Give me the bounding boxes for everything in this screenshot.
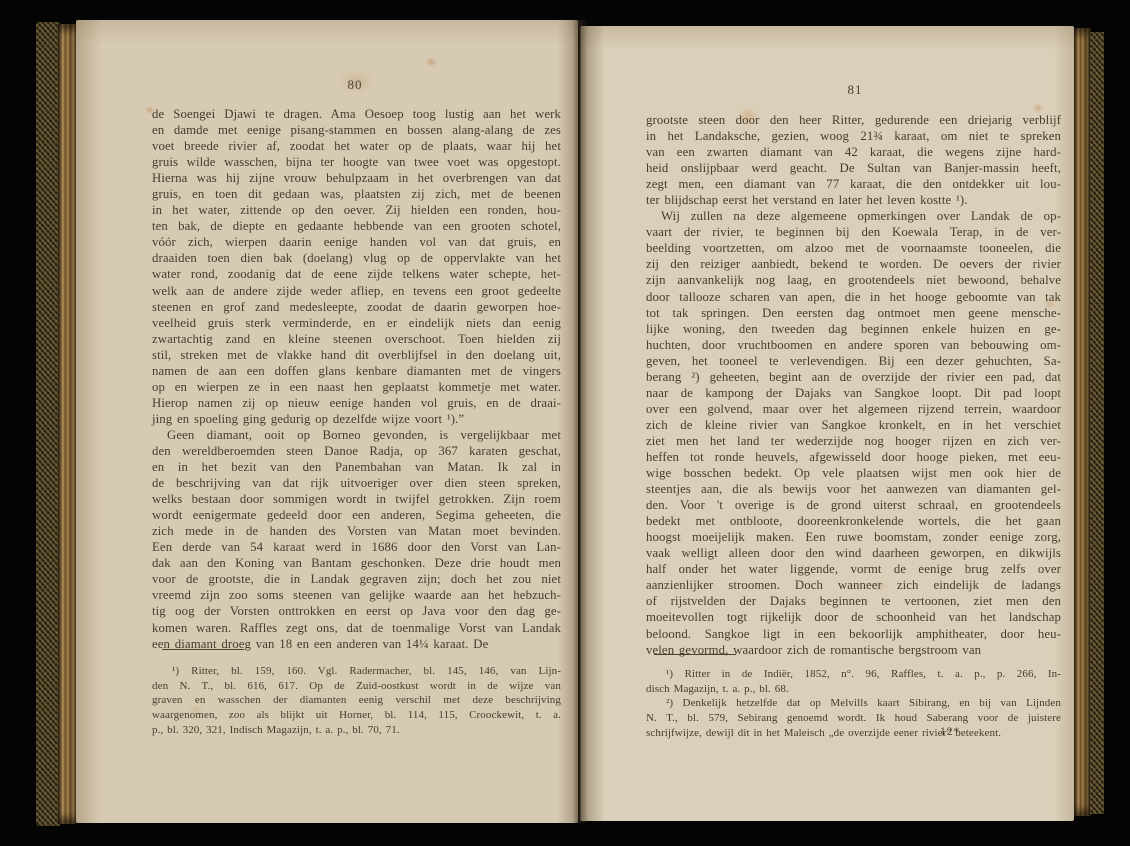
text-line: vóór zich, wierpen daarin eenige handen … xyxy=(152,234,561,250)
text-line: den N. T., bl. 616, 617. Op de Zuid-oost… xyxy=(152,679,561,694)
text-line: water rond, zoodanig dat de eene zijde t… xyxy=(152,266,561,282)
text-line: of rijstvelden der Dajaks beginnen te ve… xyxy=(646,593,1061,609)
text-line: komen waren. Raffles zegt ons, dat de to… xyxy=(152,620,561,636)
text-line: vreemd zijn zoo soms steenen van gelijke… xyxy=(152,587,561,603)
text-line: zij den reiziger aanbiedt, bekend te wor… xyxy=(646,256,1061,272)
page-80: 80 de Soengei Djawi te dragen. Ama Oesoe… xyxy=(76,20,578,823)
text-line: geven, het tooneel te verlevendigen. Bij… xyxy=(646,353,1061,369)
text-line: moeitevollen togt rijkelijk door de scho… xyxy=(646,609,1061,625)
text-line: draaiden toen dien bak (doelang) vlug op… xyxy=(152,250,561,266)
text-line: welk aan de andere zijde weder afliep, e… xyxy=(152,283,561,299)
text-line: hoogst moeijelijk maken. Een ruwe boomst… xyxy=(646,529,1061,545)
page-block-edge-left xyxy=(58,24,77,824)
text-line: wordt eenigermate gedeeld door een ander… xyxy=(152,507,561,523)
text-line: Hierop namen zij op nieuw eenige handen … xyxy=(152,395,561,411)
book-scan-background: 80 de Soengei Djawi te dragen. Ama Oesoe… xyxy=(0,0,1130,846)
text-line: veelheid gruis sterk verminderde, en er … xyxy=(152,315,561,331)
text-line: den. Voor 't overige is de grond uiterst… xyxy=(646,497,1061,513)
text-line: bedekt met ontbloote, dooreenkronkelende… xyxy=(646,513,1061,529)
text-line: half onder het water liggende, vormt de … xyxy=(646,561,1061,577)
text-line: vaart der rivier, te beginnen bij den Ko… xyxy=(646,224,1061,240)
text-line: p., bl. 320, 321, Indisch Magazijn, t. a… xyxy=(152,723,561,738)
text-line: tig oog der Vorsten onttrokken en eerst … xyxy=(152,603,561,619)
text-line: namen de aan een doffen glans kenbare di… xyxy=(152,363,561,379)
text-line: huchten, door vruchtboomen en andere spo… xyxy=(646,337,1061,353)
text-line: op en wierpen ze in een naast hen geplaa… xyxy=(152,379,561,395)
text-line: zich mede in de handen des Vorsten van M… xyxy=(152,523,561,539)
text-line: aanzienlijker stroomen. Doch wanneer zic… xyxy=(646,577,1061,593)
text-line: dak aan den Koning van Bantam geschonken… xyxy=(152,555,561,571)
text-line: N. T., bl. 579, Sebirang genoemd wordt. … xyxy=(646,711,1061,726)
text-line: heid onslijpbaar werd geacht. De Sultan … xyxy=(646,160,1061,176)
text-line: en damde met eenige pisang-stammen en bo… xyxy=(152,122,561,138)
text-line: zwartachtig zand en kleine steenen overs… xyxy=(152,331,561,347)
text-line: Wij zullen na deze algemeene opmerkingen… xyxy=(646,208,1061,224)
text-line: van een zwarten diamant van 42 karaat, d… xyxy=(646,144,1061,160)
text-line: Hierna was hij zijne vrouw behulpzaam in… xyxy=(152,170,561,186)
text-line: ¹) Ritter in de Indiër, 1852, n°. 96, Ra… xyxy=(646,667,1061,682)
text-line: gruis wilde wasschen, bijna ter hoogte v… xyxy=(152,154,561,170)
text-line: welks bestaan door sommigen wordt in twi… xyxy=(152,491,561,507)
text-line: graven en wasschen der diamanten eenig v… xyxy=(152,693,561,708)
text-line: berang ²) geheeten, begint aan de overzi… xyxy=(646,369,1061,385)
text-line: jing en spoeling ging gedurig op dezelfd… xyxy=(152,411,561,427)
text-line: ter blijdschap eerst het verstand en lat… xyxy=(646,192,1061,208)
text-line: voor de grootste, die in Landak gegraven… xyxy=(152,571,561,587)
text-line: in het water, zittende op den oever. Zij… xyxy=(152,202,561,218)
text-line: in het Landaksche, gezien, woog 21¾ kara… xyxy=(646,128,1061,144)
text-line: lijke woning, den tweeden dag beginnen e… xyxy=(646,321,1061,337)
footnote-rule-right xyxy=(654,654,736,655)
text-line: den wereldberoemden steen Danoe Radja, o… xyxy=(152,443,561,459)
page-block-edge-right xyxy=(1074,28,1091,816)
text-line: ²) Denkelijk hetzelfde dat op Melvills k… xyxy=(646,696,1061,711)
text-line: Geen diamant, ooit op Borneo gevonden, i… xyxy=(152,427,561,443)
page-80-body-text: de Soengei Djawi te dragen. Ama Oesoep t… xyxy=(152,106,561,652)
footnote-rule-left xyxy=(162,649,244,650)
text-line: waargenomen, zoo als blijkt uit Horner, … xyxy=(152,708,561,723)
text-line: steentjes aan, die als bewijs voor het a… xyxy=(646,481,1061,497)
page-number-left: 80 xyxy=(325,77,385,93)
text-line: steenen en grof zand medesleepte, zoodat… xyxy=(152,299,561,315)
text-line: disch Magazijn, t. a. p., bl. 68. xyxy=(646,682,1061,697)
page-80-footnotes: ¹) Ritter, bl. 159, 160. Vgl. Radermache… xyxy=(152,664,561,737)
page-81: 81 grootste steen door den heer Ritter, … xyxy=(580,26,1074,821)
text-line: zijn aanvankelijk nog laag, en grootende… xyxy=(646,272,1061,288)
text-line: zich de kleine rivier van Sangkoe kronke… xyxy=(646,417,1061,433)
book-cover-left-edge xyxy=(36,22,60,826)
text-line: Een derde van 54 karaat werd in 1686 doo… xyxy=(152,539,561,555)
page-81-body-text: grootste steen door den heer Ritter, ged… xyxy=(646,112,1061,658)
text-line: ziet men het land ter wederzijde nog hoo… xyxy=(646,433,1061,449)
text-line: over een golvend, maar over het algemeen… xyxy=(646,401,1061,417)
text-line: tot tak springen. Den eersten dag ontmoe… xyxy=(646,305,1061,321)
text-line: schrijfwijze, dewijl dit in het Maleisch… xyxy=(646,726,1061,741)
text-line: beloond. Sangkoe ligt in een bekoorlijk … xyxy=(646,626,1061,642)
text-line: zegt men, een diamant van 77 karaat, die… xyxy=(646,176,1061,192)
text-line: wige bosschen bedekt. Op vele plaatsen w… xyxy=(646,465,1061,481)
text-line: vaak welligt alleen door den wind daarhe… xyxy=(646,545,1061,561)
text-line: voet breede rivier af, zoodat het water … xyxy=(152,138,561,154)
text-line: heffen tot ronde heuvels, afgewisseld do… xyxy=(646,449,1061,465)
text-line: beelding voortzetten, om alzoo met de vo… xyxy=(646,240,1061,256)
book-gutter xyxy=(572,20,588,823)
book-cover-right-edge xyxy=(1090,32,1104,814)
text-line: gruis, en toen dit gedaan was, plaatsten… xyxy=(152,186,561,202)
text-line: stil, streken met de vlakke hand dit ove… xyxy=(152,347,561,363)
text-line: en in het bezit van den Panembahan van M… xyxy=(152,459,561,475)
text-line: ten bak, de diepte en gedaante hebbende … xyxy=(152,218,561,234)
signature-mark: 12* xyxy=(940,726,960,738)
text-line: naar de kampong der Dajaks van Sangkoe l… xyxy=(646,385,1061,401)
page-81-footnotes: ¹) Ritter in de Indiër, 1852, n°. 96, Ra… xyxy=(646,667,1061,740)
page-number-right: 81 xyxy=(825,82,885,98)
text-line: door tallooze scharen van apen, die in h… xyxy=(646,289,1061,305)
text-line: de beschrijving van dat rijk uitvoeriger… xyxy=(152,475,561,491)
text-line: grootste steen door den heer Ritter, ged… xyxy=(646,112,1061,128)
text-line: de Soengei Djawi te dragen. Ama Oesoep t… xyxy=(152,106,561,122)
text-line: velen gevormd, waardoor zich de romantis… xyxy=(646,642,1061,658)
text-line: ¹) Ritter, bl. 159, 160. Vgl. Radermache… xyxy=(152,664,561,679)
